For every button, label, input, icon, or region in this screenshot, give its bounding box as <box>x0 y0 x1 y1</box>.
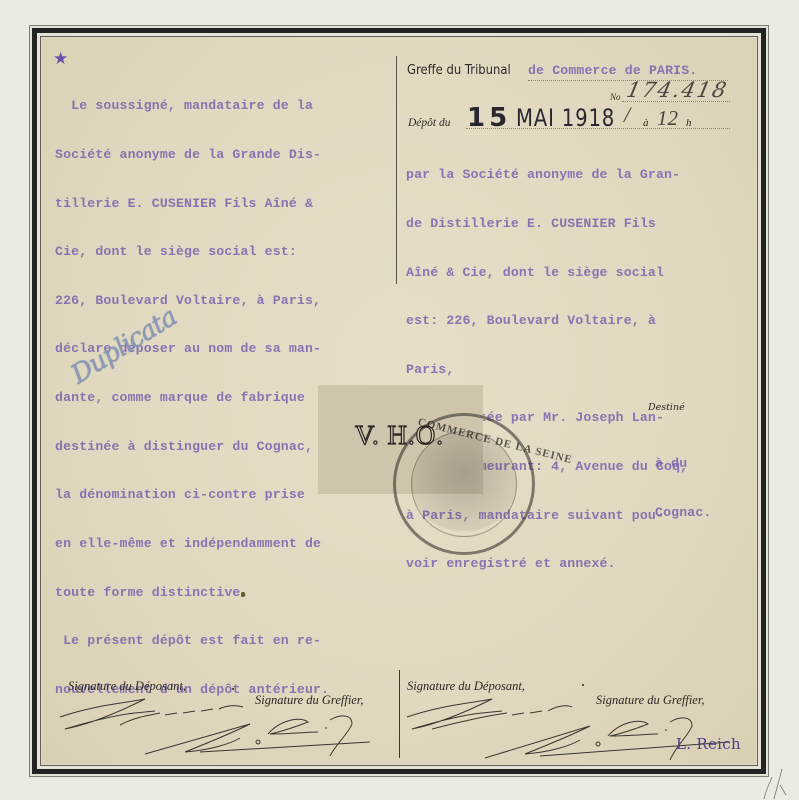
number-label: No <box>610 92 621 102</box>
destine-label: Destiné <box>648 402 685 413</box>
signature-divider <box>399 670 400 758</box>
deposit-number: 174.418 <box>624 78 730 102</box>
left-declaration-text: Le soussigné, mandataire de la Société a… <box>55 66 329 714</box>
paper-speck <box>241 592 245 597</box>
dotted-line <box>466 128 730 129</box>
right-line: par la Société anonyme de la Gran- <box>406 167 688 183</box>
left-line: Le soussigné, mandataire de la <box>55 98 329 114</box>
column-divider <box>396 56 397 284</box>
left-line: dante, comme marque de fabrique <box>55 390 329 406</box>
trademark-text: V. H.O. <box>355 420 444 451</box>
handwritten-signature-icon <box>140 710 380 770</box>
greffe-label: Greffe du Tribunal <box>407 62 511 78</box>
signature-deposant-label: Signature du Déposant, <box>68 679 186 694</box>
right-line: Aîné & Cie, dont le siège social <box>406 265 688 281</box>
dot-mark <box>582 684 584 686</box>
greffe-typed-court: de Commerce de PARIS. <box>528 63 697 79</box>
left-line: tillerie E. CUSENIER Fils Aîné & <box>55 196 329 212</box>
destine-typed: à du Cognac. <box>655 424 711 537</box>
left-line: 226, Boulevard Voltaire, à Paris, <box>55 293 329 309</box>
dot-mark <box>232 688 234 690</box>
left-line: destinée à distinguer du Cognac, <box>55 439 329 455</box>
signature-deposant-label: Signature du Déposant, <box>407 679 525 694</box>
signature-greffier-label: Signature du Greffier, <box>596 693 704 708</box>
pencil-mark-icon <box>760 765 799 800</box>
left-line: Le présent dépôt est fait en re- <box>55 633 329 649</box>
left-line: la dénomination ci-contre prise <box>55 487 329 503</box>
right-line: Paris, <box>406 362 688 378</box>
star-icon: ★ <box>53 51 69 67</box>
depot-label: Dépôt du <box>408 117 450 129</box>
right-line: de Distillerie E. CUSENIER Fils <box>406 216 688 232</box>
left-line: Cie, dont le siège social est: <box>55 244 329 260</box>
left-line: toute forme distinctive. <box>55 585 329 601</box>
destine-line: Cognac. <box>655 505 711 521</box>
left-line: Société anonyme de la Grande Dis- <box>55 147 329 163</box>
destine-line: à du <box>655 456 711 472</box>
right-line: est: 226, Boulevard Voltaire, à <box>406 313 688 329</box>
depot-slash: / <box>624 102 630 128</box>
left-line: en elle-même et indépendamment de <box>55 536 329 552</box>
signature-greffier-label: Signature du Greffier, <box>255 693 363 708</box>
dotted-line <box>622 101 730 102</box>
greffier-name-stamp: L. Reich <box>676 735 741 753</box>
right-line: voir enregistré et annexé. <box>406 556 688 572</box>
